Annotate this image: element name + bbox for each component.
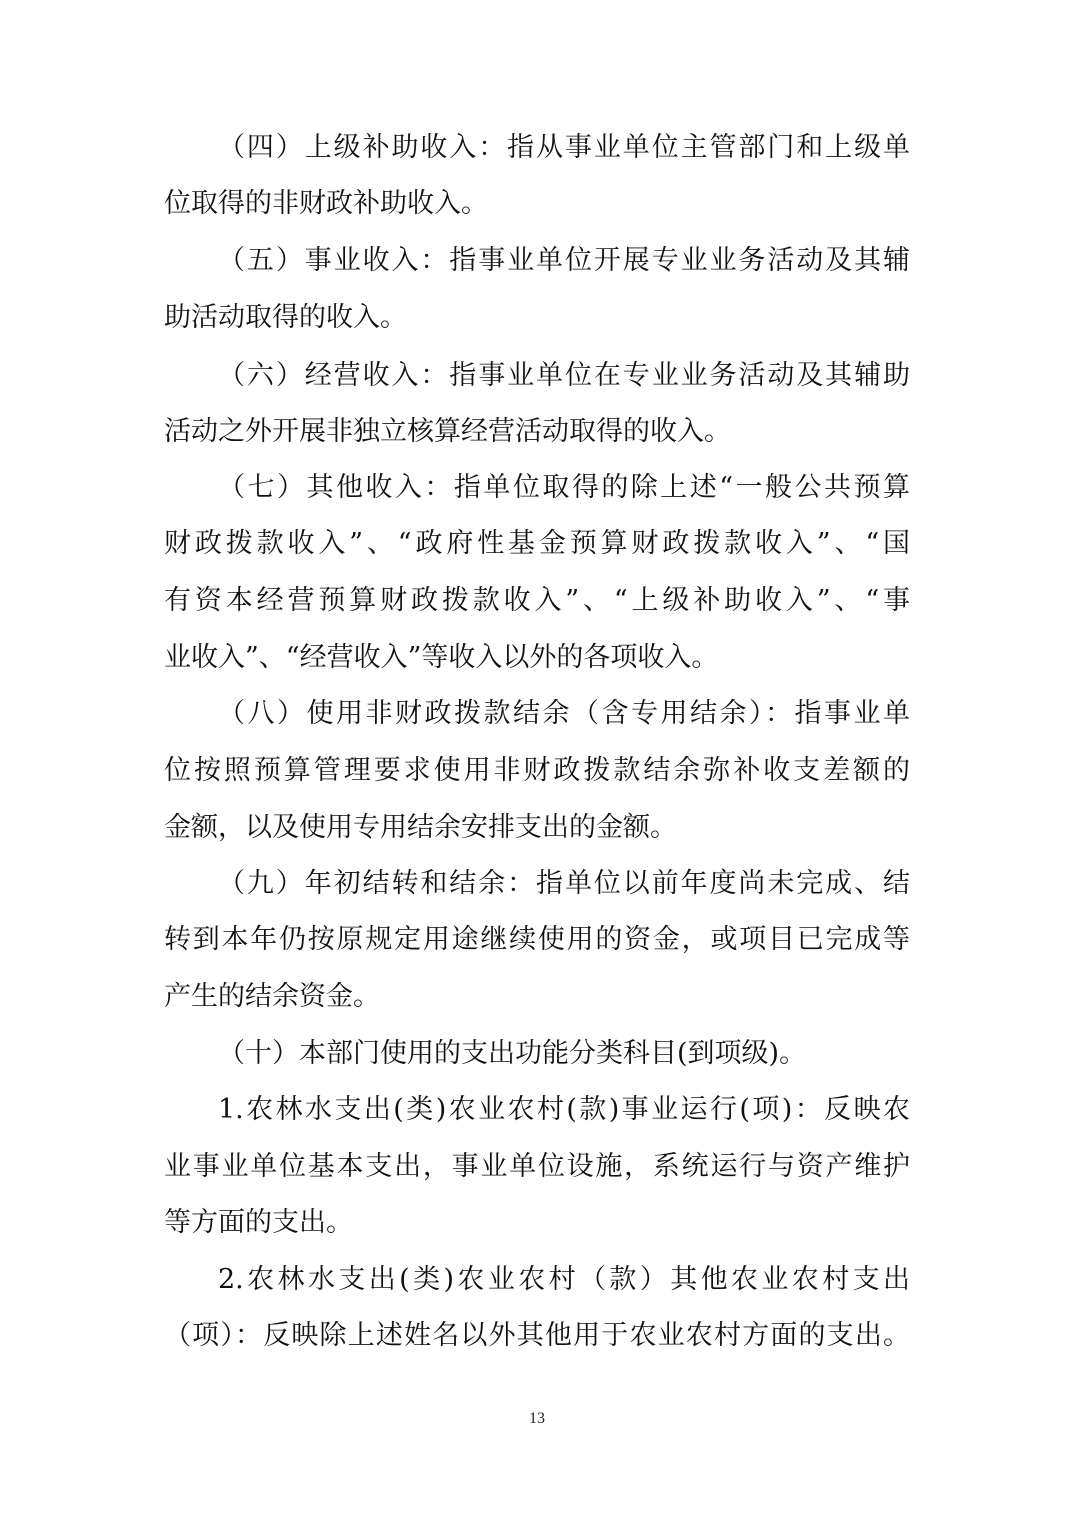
paragraph-line: 业收入”、“经营收入”等收入以外的各项收入。 — [164, 638, 910, 678]
paragraph-line: 助活动取得的收入。 — [164, 298, 910, 338]
paragraph-line: 财政拨款收入”、“政府性基金预算财政拨款收入”、“国 — [164, 524, 910, 564]
paragraph-line: 活动之外开展非独立核算经营活动取得的收入。 — [164, 412, 910, 452]
paragraph-line: （四）上级补助收入：指从事业单位主管部门和上级单 — [218, 128, 910, 168]
paragraph-line: （五）事业收入：指事业单位开展专业业务活动及其辅 — [218, 241, 910, 281]
paragraph-line: 有资本经营预算财政拨款收入”、“上级补助收入”、“事 — [164, 581, 910, 621]
paragraph-line: （七）其他收入：指单位取得的除上述“一般公共预算 — [218, 468, 910, 508]
paragraph-line: 业事业单位基本支出，事业单位设施，系统运行与资产维护 — [164, 1147, 910, 1187]
paragraph-line: 1.农林水支出(类)农业农村(款)事业运行(项)：反映农 — [218, 1090, 910, 1130]
paragraph-line: （九）年初结转和结余：指单位以前年度尚未完成、结 — [218, 864, 910, 904]
paragraph-line: （六）经营收入：指事业单位在专业业务活动及其辅助 — [218, 356, 910, 396]
paragraph-line: 金额，以及使用专用结余安排支出的金额。 — [164, 808, 910, 848]
paragraph-line: 等方面的支出。 — [164, 1203, 910, 1243]
paragraph-line: （项）：反映除上述姓名以外其他用于农业农村方面的支出。 — [164, 1316, 910, 1356]
paragraph-line: 2.农林水支出(类)农业农村（款）其他农业农村支出 — [218, 1260, 910, 1300]
document-page: （四）上级补助收入：指从事业单位主管部门和上级单 位取得的非财政补助收入。 （五… — [0, 0, 1074, 1520]
paragraph-line: 产生的结余资金。 — [164, 977, 910, 1017]
paragraph-line: 位取得的非财政补助收入。 — [164, 184, 910, 224]
paragraph-line: 位按照预算管理要求使用非财政拨款结余弥补收支差额的 — [164, 751, 910, 791]
paragraph-line: 转到本年仍按原规定用途继续使用的资金，或项目已完成等 — [164, 920, 910, 960]
paragraph-line: （十）本部门使用的支出功能分类科目(到项级)。 — [218, 1034, 910, 1074]
paragraph-line: （八）使用非财政拨款结余（含专用结余）：指事业单 — [218, 694, 910, 734]
page-number: 13 — [0, 1410, 1074, 1428]
